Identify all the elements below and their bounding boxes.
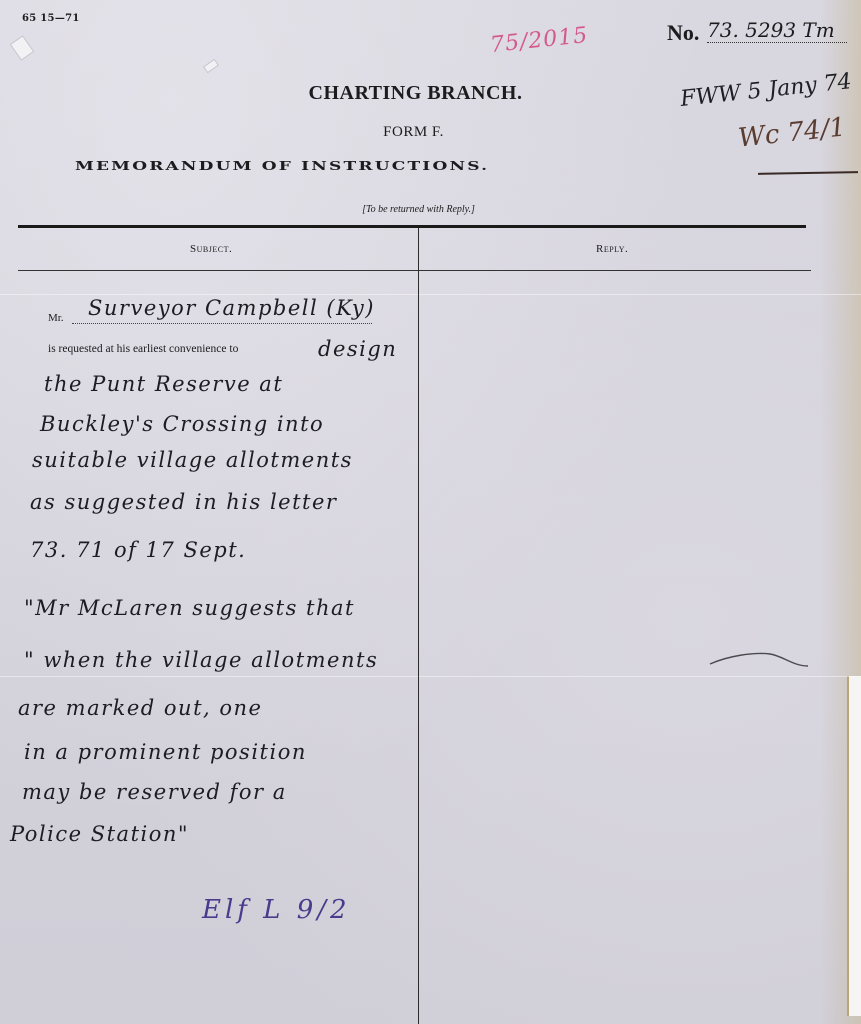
addressee-prefix: Mr.	[48, 312, 64, 324]
return-note: [To be returned with Reply.]	[0, 204, 861, 215]
memo-title: MEMORANDUM OF INSTRUCTIONS.	[75, 159, 489, 173]
subject-column-header: Subject.	[190, 243, 232, 255]
addressee-dotted-line	[72, 323, 372, 324]
addressee-name: Surveyor Campbell (Ky)	[88, 296, 375, 320]
document-title: CHARTING BRANCH.	[0, 82, 861, 105]
instruction-line: " when the village allotments	[24, 648, 378, 672]
instruction-line: 73. 71 of 17 Sept.	[30, 538, 246, 562]
instruction-line: "Mr McLaren suggests that	[24, 596, 355, 620]
reply-area	[420, 272, 810, 1024]
instruction-line: in a prominent position	[24, 740, 307, 764]
instruction-line: Police Station"	[10, 822, 189, 846]
column-divider	[418, 228, 419, 1024]
instruction-line: suitable village allotments	[32, 448, 353, 472]
initials-signature: Elf L 9/2	[202, 895, 351, 925]
reply-column-header: Reply.	[596, 243, 628, 255]
column-header-rule	[18, 270, 811, 271]
instruction-line: Buckley's Crossing into	[40, 412, 324, 436]
paper-torn-edge	[847, 676, 861, 1016]
instruction-line: the Punt Reserve at	[44, 372, 283, 396]
register-number-value: 73. 5293 Tm	[707, 18, 847, 43]
instruction-line: design	[318, 337, 397, 361]
header-rule	[18, 225, 806, 228]
printed-request: is requested at his earliest convenience…	[48, 343, 238, 355]
instruction-line: as suggested in his letter	[30, 490, 337, 514]
form-label: FORM F.	[0, 124, 861, 141]
instruction-line: may be reserved for a	[22, 780, 287, 804]
instruction-line: are marked out, one	[18, 696, 262, 720]
register-number-label: No.	[667, 20, 699, 46]
form-number: 65 15—71	[22, 13, 80, 24]
